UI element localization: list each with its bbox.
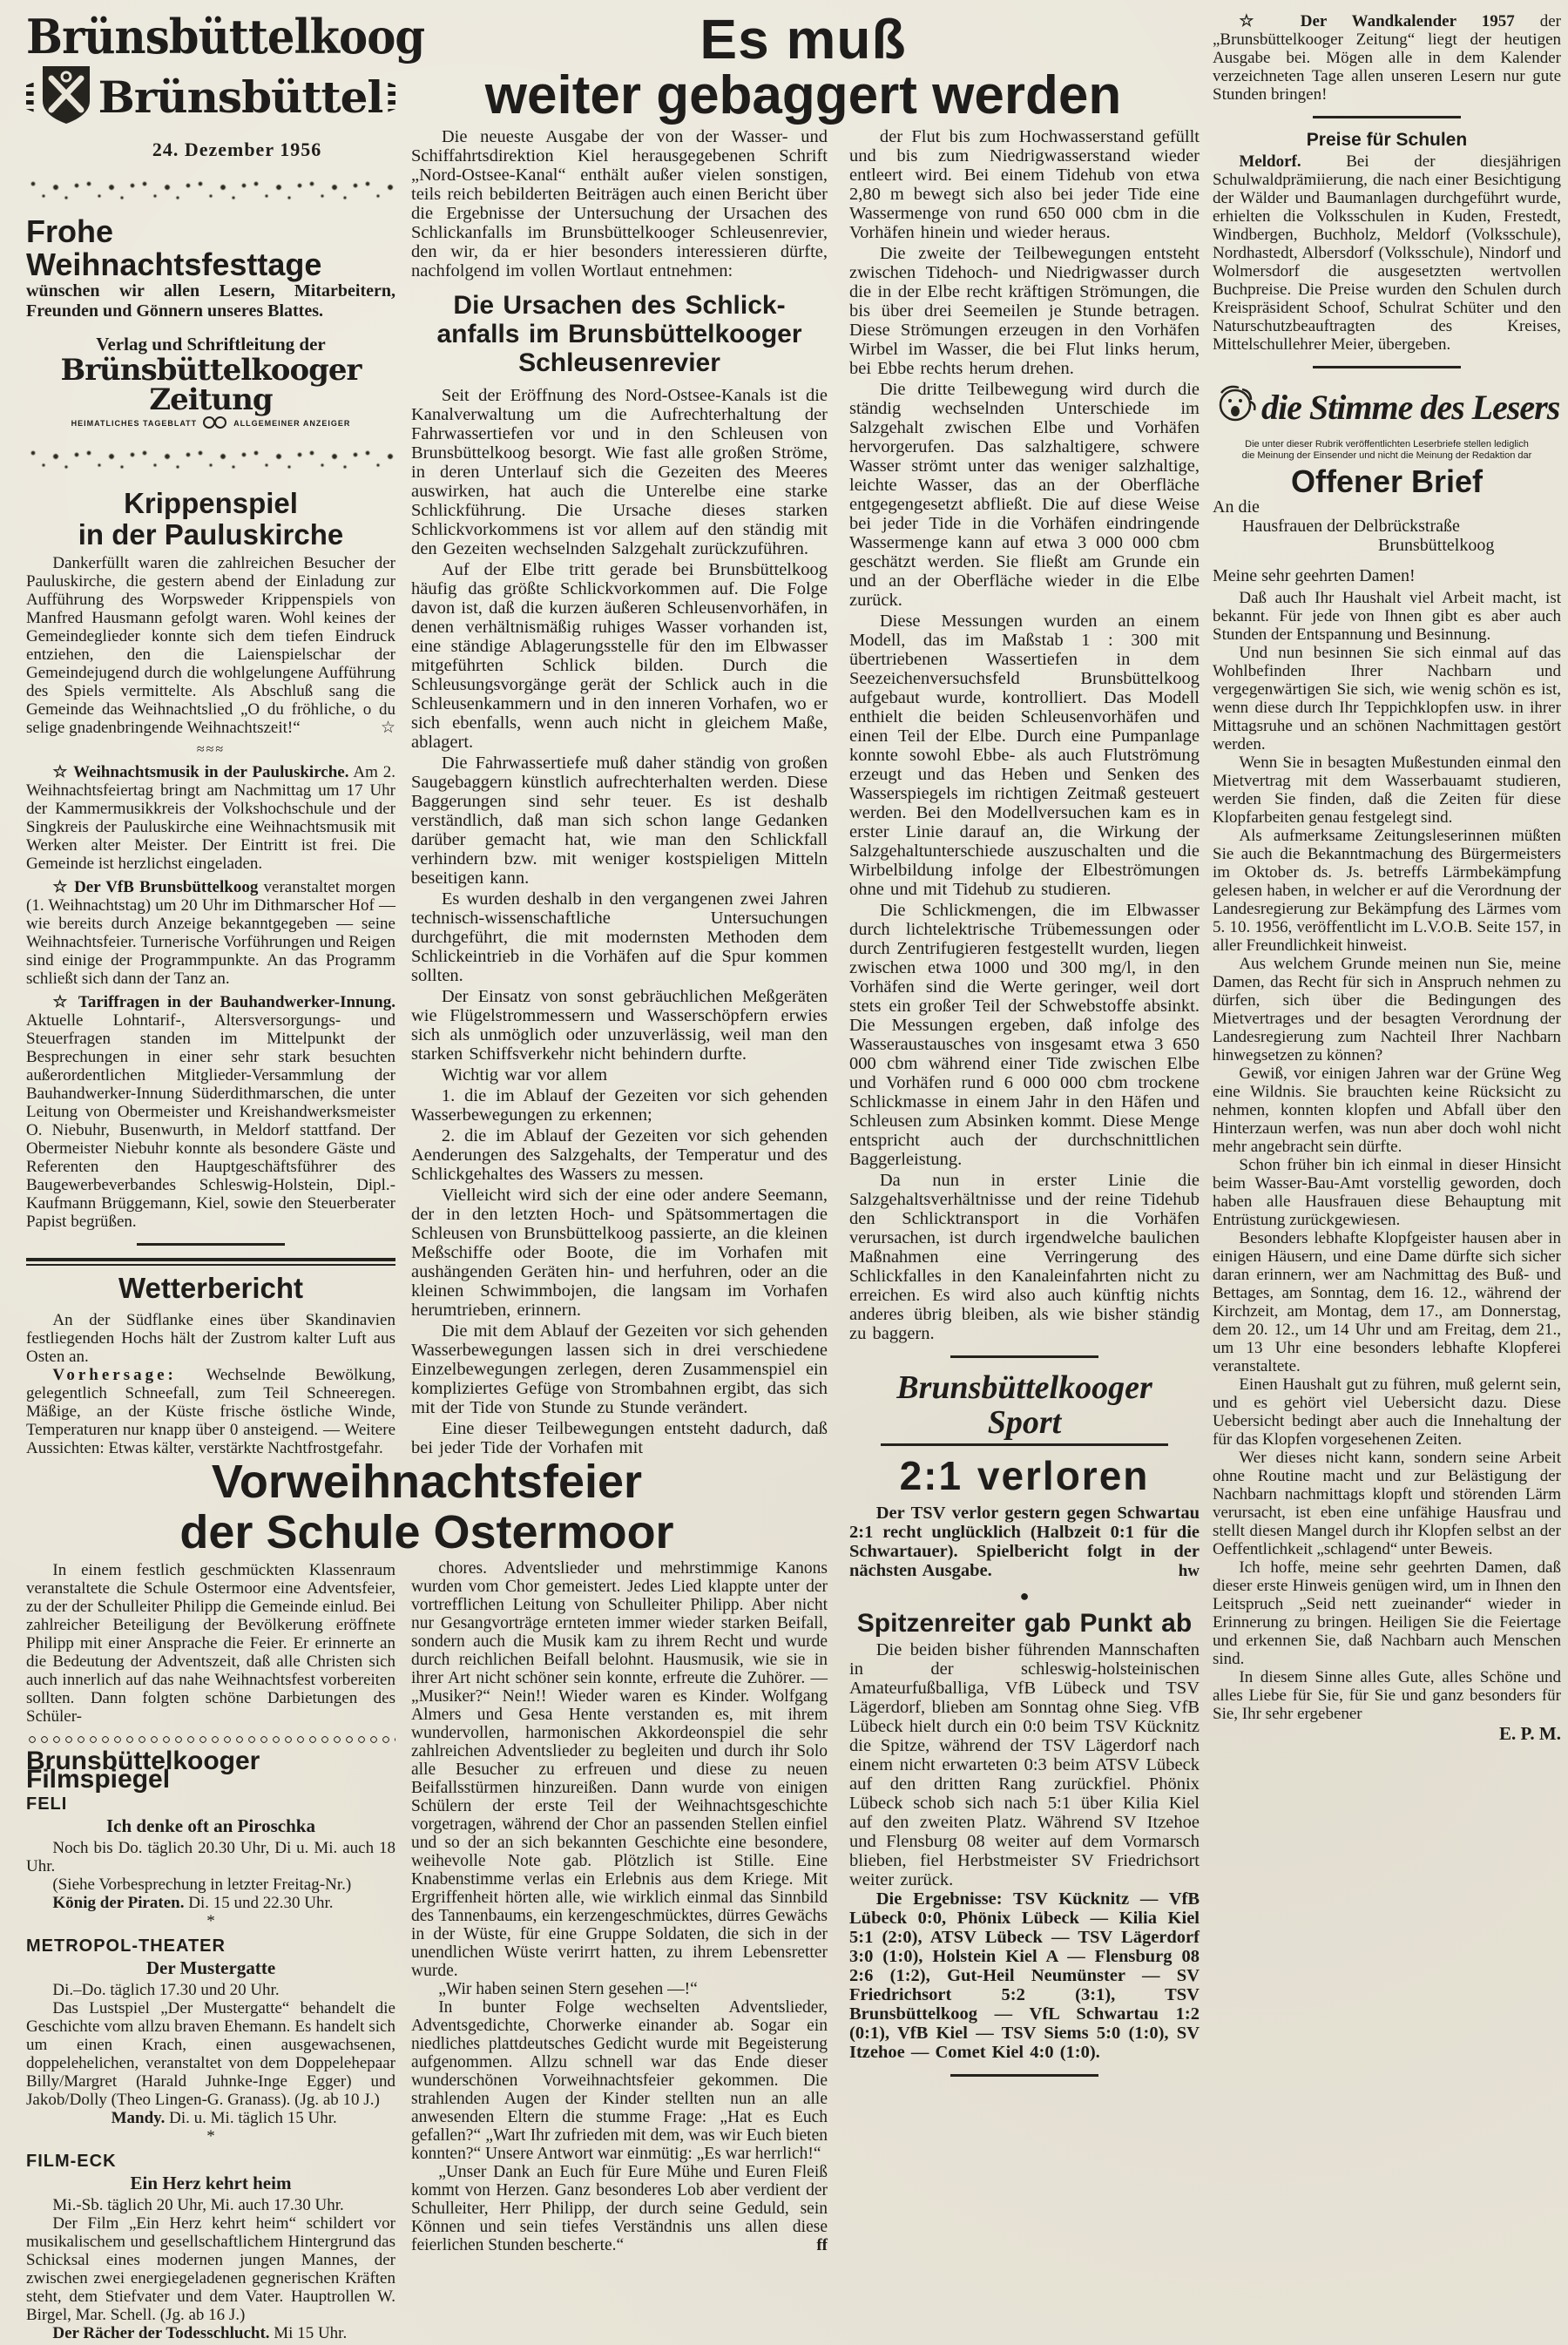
sport-bottom-rule <box>950 2074 1098 2077</box>
cinema-name: METROPOL-THEATER <box>26 1937 395 1956</box>
note-weihnachtsmusik: ☆ Weihnachtsmusik in der Pauluskirche. A… <box>26 763 395 873</box>
wandkalender-note: ☆ Der Wandkalender 1957 der „Brunsbüttel… <box>1213 12 1561 104</box>
masthead-title-line1: Brünsbüttelkoog <box>26 12 366 61</box>
shouting-man-icon <box>1213 381 1258 434</box>
article-col2-paragraphs: der Flut bis zum Hochwasserstand gefüllt… <box>849 127 1200 1343</box>
sport-top-rule <box>950 1355 1098 1358</box>
weather-box-rule <box>26 1258 395 1266</box>
film-entry: König der Piraten. Di. 15 und 22.30 Uhr. <box>26 1894 395 1912</box>
paragraph: Wenn Sie in besagten Mußestunden einmal … <box>1213 754 1561 827</box>
paragraph: Besonders lebhafte Klopfgeister hausen a… <box>1213 1229 1561 1375</box>
local-notes: ☆ Weihnachtsmusik in der Pauluskirche. A… <box>26 763 395 1231</box>
film-title: Ich denke oft an Piroschka <box>26 1817 395 1835</box>
dot-separator: ● <box>849 1586 1200 1605</box>
paragraph: Es wurden deshalb in den vergangenen zwe… <box>411 889 828 985</box>
letter-address: An die Hausfrauen der Delbrückstraße Bru… <box>1213 497 1561 555</box>
preise-heading: Preise für Schulen <box>1213 131 1561 149</box>
spitzenreiter-heading: Spitzenreiter gab Punkt ab <box>849 1614 1200 1633</box>
bottom-left-column: In einem festlich geschmückten Klassenra… <box>26 1561 395 2342</box>
medal-icon <box>202 416 228 430</box>
paragraph: Auf der Elbe tritt gerade bei Brunsbütte… <box>411 560 828 752</box>
paragraph: Die dritte Teilbewegung wird durch die s… <box>849 380 1200 610</box>
paragraph: Die zweite der Teilbewegungen entsteht z… <box>849 244 1200 378</box>
star-mark: ☆ <box>355 719 395 737</box>
stimme-disclaimer: Die unter dieser Rubrik veröffentlichten… <box>1213 439 1561 462</box>
paragraph: Als aufmerksame Zeitungsleserinnen müßte… <box>1213 827 1561 955</box>
paragraph: Die Fahrwassertiefe muß daher ständig vo… <box>411 754 828 888</box>
fir-garland-ornament <box>26 175 395 206</box>
krippenspiel-body: Dankerfüllt waren die zahlreichen Besuch… <box>26 554 395 737</box>
cinema-filmeck: FILM-ECK Ein Herz kehrt heim Mi.-Sb. täg… <box>26 2152 395 2342</box>
krippenspiel-section: Krippenspiel in der Pauluskirche Dankerf… <box>26 488 395 758</box>
divider-rule <box>1313 116 1461 118</box>
paragraph: Eine dieser Teilbewegungen entsteht dadu… <box>411 1419 828 1457</box>
paragraph: Die mit dem Ablauf der Gezeiten vor sich… <box>411 1321 828 1417</box>
headline-line1: Es muß <box>411 10 1195 68</box>
cinema-name: FELI <box>26 1795 395 1814</box>
paragraph: Ich hoffe, meine sehr geehrten Damen, da… <box>1213 1558 1561 1668</box>
letter-salutation: Meine sehr geehrten Damen! <box>1213 567 1561 585</box>
film-entry: Mandy. Di. u. Mi. täglich 15 Uhr. <box>26 2109 395 2127</box>
paragraph: Diese Messungen wurden an einem Modell, … <box>849 612 1200 899</box>
sport-results: Die Ergebnisse: TSV Kücknitz — VfB Lübec… <box>849 1889 1200 2062</box>
masthead: Brünsbüttelkoog Brünsbüttel 24. Dezember… <box>26 12 395 161</box>
fir-garland-ornament <box>26 444 395 476</box>
greeting-text: wünschen wir allen Lesern, Mitarbeitern,… <box>26 281 395 321</box>
paragraph: Da nun in erster Linie die Salzgehaltsve… <box>849 1171 1200 1343</box>
paragraph: Und nun besinnen Sie sich einmal auf das… <box>1213 644 1561 754</box>
zeitung-sub-right: ALLGEMEINER ANZEIGER <box>233 419 350 428</box>
stimme-heading: die Stimme des Lesers <box>1261 389 1559 426</box>
zeitung-logo: Brünsbüttelkooger Zeitung <box>26 355 395 415</box>
paragraph: Daß auch Ihr Haushalt viel Arbeit macht,… <box>1213 589 1561 644</box>
headline-line2: weiter gebaggert werden <box>411 68 1195 124</box>
star-separator: * <box>26 1912 395 1930</box>
film-entry: Der Rächer der Todesschlucht. Mi 15 Uhr. <box>26 2324 395 2342</box>
paragraph: Gewiß, vor einigen Jahren war der Grüne … <box>1213 1064 1561 1156</box>
cinema-name: FILM-ECK <box>26 2152 395 2171</box>
article-column-2: der Flut bis zum Hochwasserstand gefüllt… <box>849 127 1200 2089</box>
film-description: Der Film „Ein Herz kehrt heim“ schildert… <box>26 2214 395 2324</box>
cinema-metropol: METROPOL-THEATER Der Mustergatte Di.–Do.… <box>26 1937 395 2146</box>
paragraph: 1. die im Ablauf der Gezeiten vor sich g… <box>411 1086 828 1125</box>
film-title: Ein Herz kehrt heim <box>26 2174 395 2193</box>
film-times: Noch bis Do. täglich 20.30 Uhr, Di u. Mi… <box>26 1839 395 1875</box>
weather-section: Wetterbericht An der Südflanke eines übe… <box>26 1273 395 1457</box>
left-column: Brünsbüttelkoog Brünsbüttel 24. Dezember… <box>26 12 395 1457</box>
krippenspiel-heading-line1: Krippenspiel <box>124 487 298 519</box>
ostermoor-heading: Vorweihnachtsfeier der Schule Ostermoor <box>26 1456 828 1558</box>
stimme-des-lesers-section: die Stimme des Lesers Die unter dieser R… <box>1213 381 1561 1743</box>
paragraph: „Wir haben seinen Stern gesehen —!“ <box>411 1980 828 1998</box>
film-times: Mi.-Sb. täglich 20 Uhr, Mi. auch 17.30 U… <box>26 2196 395 2214</box>
offener-brief-heading: Offener Brief <box>1213 472 1561 490</box>
letter-paragraphs: Daß auch Ihr Haushalt viel Arbeit macht,… <box>1213 589 1561 1723</box>
article-column-1: Die neueste Ausgabe der von der Wasser- … <box>411 127 828 1459</box>
divider-rule <box>1313 366 1461 368</box>
paragraph: Wer dieses nicht kann, sondern seine Arb… <box>1213 1449 1561 1558</box>
masthead-title-line2: Brünsbüttel <box>98 75 383 120</box>
paragraph: Der Einsatz von sonst gebräuchlichen Meß… <box>411 987 828 1064</box>
cinema-feli: FELI Ich denke oft an Piroschka Noch bis… <box>26 1795 395 1930</box>
article-col1-paragraphs: Seit der Eröffnung des Nord-Ostsee-Kanal… <box>411 386 828 1457</box>
greeting-box: Frohe Weihnachtsfesttage wünschen wir al… <box>26 215 395 430</box>
note-tariffragen: ☆ Tariffragen in der Bauhandwerker-Innun… <box>26 993 395 1231</box>
greeting-heading: Frohe Weihnachtsfesttage <box>26 215 395 281</box>
article-subheading: Die Ursachen des Schlick- anfalls im Bru… <box>411 291 828 377</box>
sport-script-heading: Brunsbüttelkooger Sport <box>881 1370 1168 1446</box>
paragraph: Aus welchem Grunde meinen nun Sie, meine… <box>1213 955 1561 1064</box>
ostermoor-continuation-column: chores. Adventslieder und mehrstimmige K… <box>411 1559 828 2254</box>
issue-date: 24. Dezember 1956 <box>78 139 395 161</box>
sport-result-heading: 2:1 verloren <box>849 1455 1200 1497</box>
film-title: Der Mustergatte <box>26 1959 395 1977</box>
krippenspiel-heading-line2: in der Pauluskirche <box>78 518 343 551</box>
filmspiegel-heading: Brunsbüttelkooger Filmspiegel <box>26 1752 395 1788</box>
preise-section: Preise für Schulen Meldorf. Bei der dies… <box>1213 131 1561 354</box>
ostermoor-intro: In einem festlich geschmückten Klassenra… <box>26 1561 395 1726</box>
scroll-ornament <box>26 1734 395 1745</box>
flag-ornament-left <box>26 83 34 112</box>
newspaper-page: Brünsbüttelkoog Brünsbüttel 24. Dezember… <box>0 0 1568 2345</box>
ostermoor-paragraphs: chores. Adventslieder und mehrstimmige K… <box>411 1559 828 2254</box>
note-vfb: ☆ Der VfB Brunsbüttelkoog veranstaltet m… <box>26 878 395 988</box>
sport-section: Brunsbüttelkooger Sport 2:1 verloren Der… <box>849 1370 1200 2077</box>
letter-signature: E. P. M. <box>1213 1725 1561 1743</box>
zeitung-sub-left: HEIMATLICHES TAGEBLATT <box>71 419 198 428</box>
crest-icon <box>39 64 93 130</box>
paragraph: Schon früher bin ich einmal in dieser Hi… <box>1213 1156 1561 1229</box>
weather-forecast: Vorhersage: Wechselnde Bewölkung, gelege… <box>26 1366 395 1457</box>
flag-ornament-right <box>388 83 395 112</box>
paragraph: In bunter Folge wechselten Adventslieder… <box>411 1998 828 2163</box>
right-column: ☆ Der Wandkalender 1957 der „Brunsbüttel… <box>1213 12 1561 1743</box>
film-description: Das Lustspiel „Der Mustergatte“ behandel… <box>26 1999 395 2109</box>
paragraph: der Flut bis zum Hochwasserstand gefüllt… <box>849 127 1200 242</box>
star-separator: * <box>26 2127 395 2146</box>
article-intro: Die neueste Ausgabe der von der Wasser- … <box>411 127 828 280</box>
section-rule <box>137 1243 285 1246</box>
spitzenreiter-body: Die beiden bisher führenden Mannschaften… <box>849 1640 1200 1889</box>
paragraph: Wichtig war vor allem <box>411 1065 828 1085</box>
weather-situation: An der Südflanke eines über Skandinavien… <box>26 1311 395 1366</box>
paragraph: In diesem Sinne alles Gute, alles Schöne… <box>1213 1668 1561 1723</box>
weather-heading: Wetterbericht <box>26 1273 395 1304</box>
paragraph: Die Schlickmengen, die im Elbwasser durc… <box>849 901 1200 1169</box>
paragraph: Seit der Eröffnung des Nord-Ostsee-Kanal… <box>411 386 828 558</box>
paragraph: 2. die im Ablauf der Gezeiten vor sich g… <box>411 1126 828 1184</box>
film-note: (Siehe Vorbesprechung in letzter Freitag… <box>26 1875 395 1894</box>
film-times: Di.–Do. täglich 17.30 und 20 Uhr. <box>26 1981 395 1999</box>
squiggle-divider: ≈≈≈ <box>26 742 395 758</box>
paragraph: Einen Haushalt gut zu führen, muß gelern… <box>1213 1375 1561 1449</box>
paragraph: chores. Adventslieder und mehrstimmige K… <box>411 1559 828 1980</box>
main-headline: Es muß weiter gebaggert werden <box>411 10 1195 124</box>
paragraph: Vielleicht wird sich der eine oder ander… <box>411 1186 828 1320</box>
